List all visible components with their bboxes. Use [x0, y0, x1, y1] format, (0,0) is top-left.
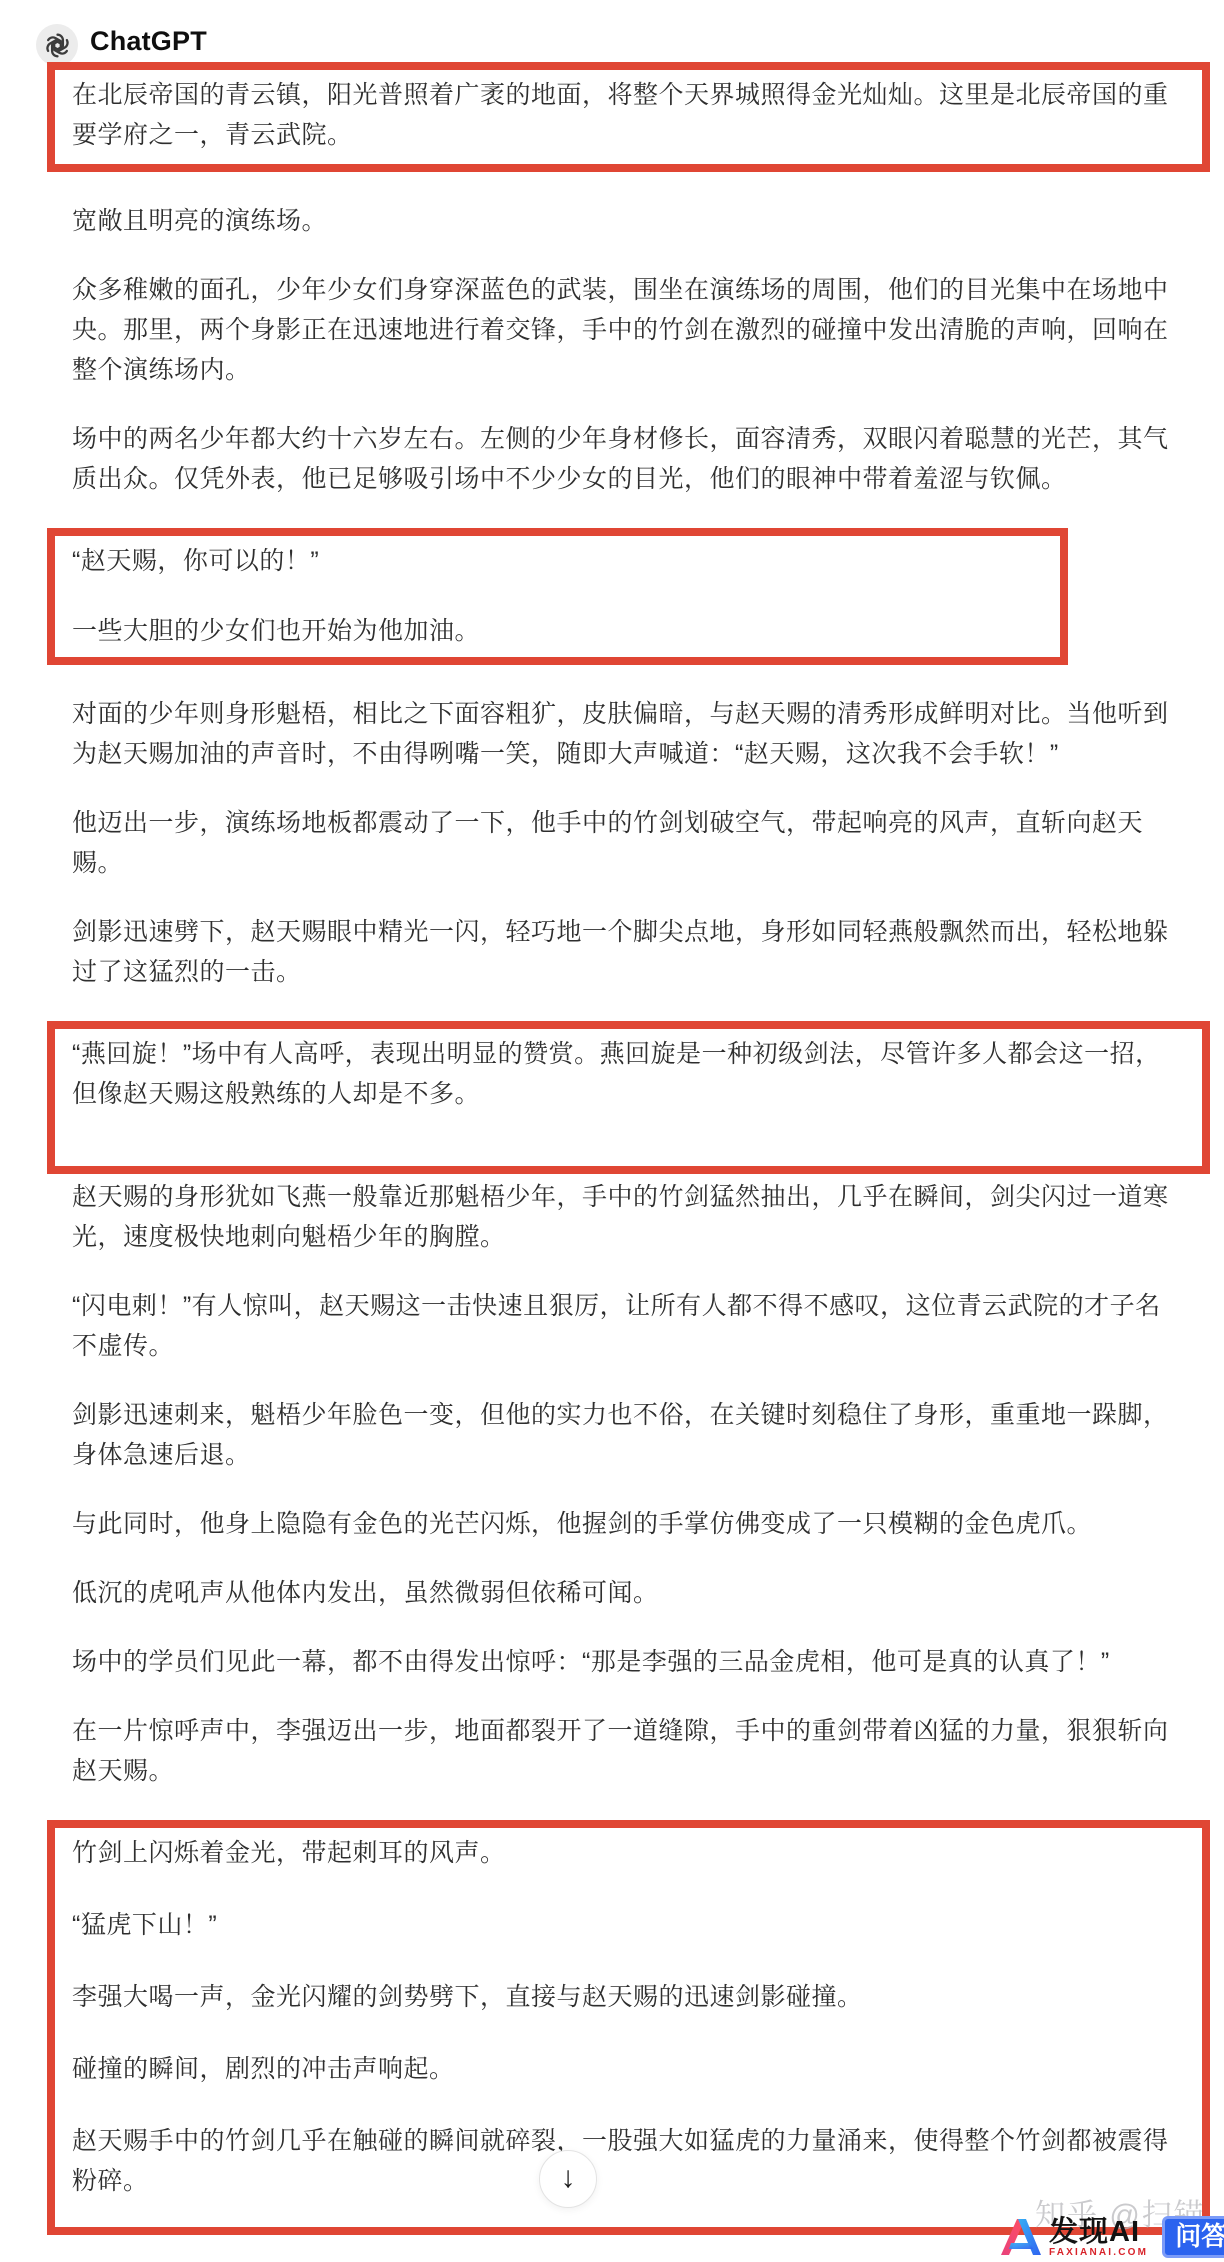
highlight-box-2: “赵天赐，你可以的！” 一些大胆的少女们也开始为他加油。 [47, 528, 1068, 665]
arrow-down-icon: ↓ [561, 2163, 576, 2193]
story-paragraph: 剑影迅速刺来，魁梧少年脸色一变，但他的实力也不俗，在关键时刻稳住了身形，重重地一… [72, 1395, 1182, 1475]
highlight-box-3: “燕回旋！”场中有人高呼，表现出明显的赞赏。燕回旋是一种初级剑法，尽管许多人都会… [47, 1021, 1210, 1174]
scroll-to-bottom-button[interactable]: ↓ [539, 2150, 597, 2208]
chatgpt-screenshot-page: ChatGPT 在北辰帝国的青云镇，阳光普照着广袤的地面，将整个天界城照得金光灿… [0, 0, 1224, 2262]
story-paragraph: “猛虎下山！” [72, 1905, 1186, 1945]
story-paragraph: 与此同时，他身上隐隐有金色的光芒闪烁，他握剑的手掌仿佛变成了一只模糊的金色虎爪。 [72, 1504, 1182, 1544]
story-paragraph: “燕回旋！”场中有人高呼，表现出明显的赞赏。燕回旋是一种初级剑法，尽管许多人都会… [72, 1034, 1186, 1114]
story-paragraph: 碰撞的瞬间，剧烈的冲击声响起。 [72, 2049, 1186, 2089]
story-paragraph: 李强大喝一声，金光闪耀的剑势劈下，直接与赵天赐的迅速剑影碰撞。 [72, 1977, 1186, 2017]
story-paragraph: 在一片惊呼声中，李强迈出一步，地面都裂开了一道缝隙，手中的重剑带着凶猛的力量，狠… [72, 1711, 1182, 1791]
chat-message-header: ChatGPT [0, 0, 1224, 62]
highlight-box-1: 在北辰帝国的青云镇，阳光普照着广袤的地面，将整个天界城照得金光灿灿。这里是北辰帝… [47, 62, 1210, 172]
brand-text-block: 发现AI FAXIANAI.COM [1049, 2217, 1148, 2258]
chatgpt-logo-icon [36, 24, 78, 66]
story-paragraph: 众多稚嫩的面孔，少年少女们身穿深蓝色的武装，围坐在演练场的周围，他们的目光集中在… [72, 270, 1182, 390]
story-paragraph: 低沉的虎吼声从他体内发出，虽然微弱但依稀可闻。 [72, 1573, 1182, 1613]
story-paragraph: 在北辰帝国的青云镇，阳光普照着广袤的地面，将整个天界城照得金光灿灿。这里是北辰帝… [72, 75, 1186, 155]
story-paragraph: 竹剑上闪烁着金光，带起刺耳的风声。 [72, 1833, 1186, 1873]
highlight-box-4: 竹剑上闪烁着金光，带起刺耳的风声。 “猛虎下山！” 李强大喝一声，金光闪耀的剑势… [47, 1820, 1210, 2235]
story-paragraph: 场中的两名少年都大约十六岁左右。左侧的少年身材修长，面容清秀，双眼闪着聪慧的光芒… [72, 419, 1182, 499]
story-paragraph: 赵天赐手中的竹剑几乎在触碰的瞬间就碎裂，一股强大如猛虎的力量涌来，使得整个竹剑都… [72, 2121, 1186, 2201]
brand-name: 发现AI [1049, 2217, 1148, 2247]
story-paragraph: 场中的学员们见此一幕，都不由得发出惊呼：“那是李强的三品金虎相，他可是真的认真了… [72, 1642, 1182, 1682]
app-title: ChatGPT [90, 26, 207, 57]
story-paragraph: “闪电刺！”有人惊叫，赵天赐这一击快速且狠厉，让所有人都不得不感叹，这位青云武院… [72, 1286, 1182, 1366]
assistant-message-body: 在北辰帝国的青云镇，阳光普照着广袤的地面，将整个天界城照得金光灿灿。这里是北辰帝… [47, 62, 1210, 2235]
faxianai-logo-icon [999, 2217, 1045, 2257]
story-paragraph: 他迈出一步，演练场地板都震动了一下，他手中的竹剑划破空气，带起响亮的风声，直斩向… [72, 803, 1182, 883]
story-paragraph: 剑影迅速劈下，赵天赐眼中精光一闪，轻巧地一个脚尖点地，身形如同轻燕般飘然而出，轻… [72, 912, 1182, 992]
story-paragraph: 一些大胆的少女们也开始为他加油。 [72, 611, 1044, 651]
story-paragraph: 对面的少年则身形魁梧，相比之下面容粗犷，皮肤偏暗，与赵天赐的清秀形成鲜明对比。当… [72, 694, 1182, 774]
brand-domain: FAXIANAI.COM [1049, 2247, 1148, 2258]
story-paragraph: 宽敞且明亮的演练场。 [72, 201, 1182, 241]
openai-knot-icon [44, 32, 71, 59]
story-paragraph: “赵天赐，你可以的！” [72, 541, 1044, 581]
faxianai-watermark: 发现AI FAXIANAI.COM 问答 [999, 2216, 1224, 2258]
qa-badge: 问答 [1162, 2216, 1224, 2258]
story-paragraph: 赵天赐的身形犹如飞燕一般靠近那魁梧少年，手中的竹剑猛然抽出，几乎在瞬间，剑尖闪过… [72, 1177, 1182, 1257]
